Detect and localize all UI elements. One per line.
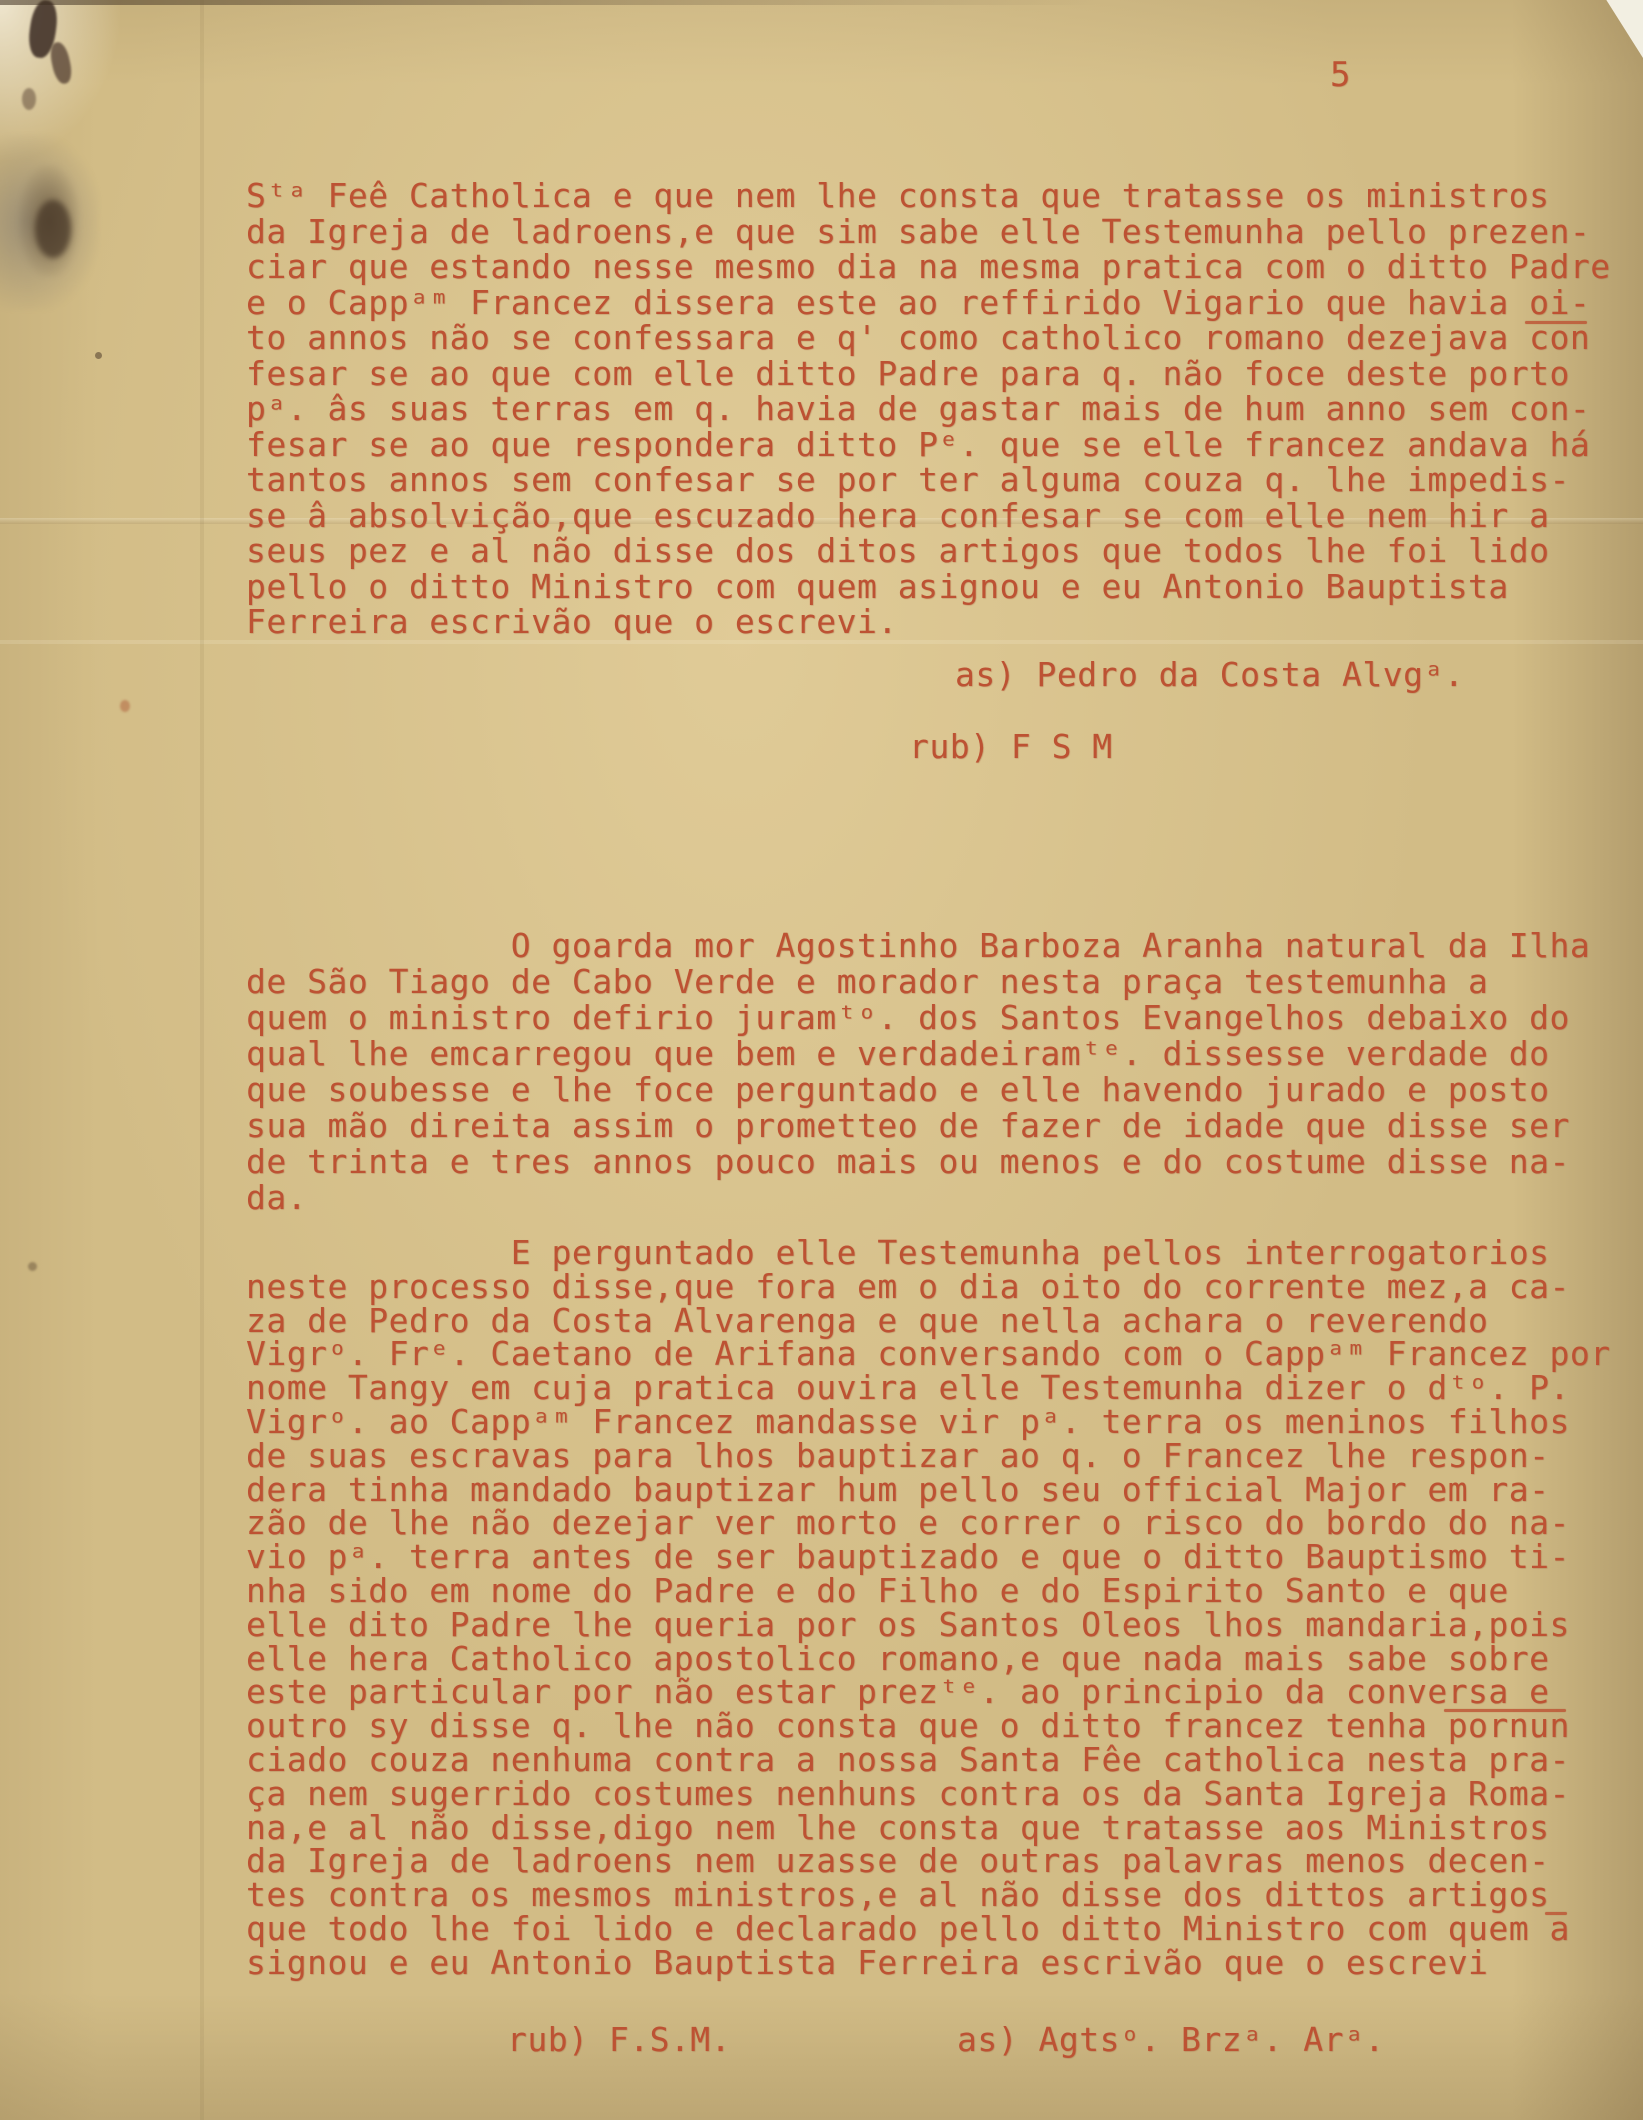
document-page: 5 Sᵗᵃ Feê Catholica e que nem lhe consta… bbox=[0, 0, 1643, 2120]
paper-stain bbox=[0, 135, 100, 310]
torn-corner-highlight bbox=[0, 0, 120, 160]
page-number: 5 bbox=[1330, 55, 1351, 95]
testimony-paragraph-3: E perguntado elle Testemunha pellos inte… bbox=[246, 1236, 1611, 1980]
rubric-fsm: rub) F S M bbox=[909, 727, 1113, 766]
syllable-underline-pornun bbox=[1444, 1709, 1566, 1712]
paper-stain bbox=[35, 200, 71, 258]
ink-smudge-mark bbox=[48, 41, 74, 86]
paper-speck bbox=[28, 1262, 37, 1271]
syllable-underline-a bbox=[1545, 1912, 1567, 1915]
ink-smudge-mark bbox=[22, 88, 36, 110]
signature-pedro-da-costa: as) Pedro da Costa Alvgᵃ. bbox=[955, 655, 1464, 694]
page-corner-sliver bbox=[1596, 0, 1643, 58]
paper-speck bbox=[120, 700, 130, 712]
paper-stain bbox=[18, 165, 80, 277]
paper-crease bbox=[200, 0, 204, 2120]
page-edge-shadow bbox=[0, 0, 1100, 5]
rubric-fsm-bottom: rub) F.S.M. bbox=[507, 2020, 731, 2059]
signature-agostinho-barboza: as) Agtsᵒ. Brzᵃ. Arᵃ. bbox=[957, 2020, 1385, 2059]
paper-speck bbox=[95, 352, 102, 359]
testimony-paragraph-2: O goarda mor Agostinho Barboza Aranha na… bbox=[246, 928, 1590, 1216]
syllable-underline-con bbox=[1525, 321, 1587, 324]
testimony-paragraph-1: Sᵗᵃ Feê Catholica e que nem lhe consta q… bbox=[246, 178, 1611, 640]
ink-smudge-mark bbox=[26, 0, 60, 60]
